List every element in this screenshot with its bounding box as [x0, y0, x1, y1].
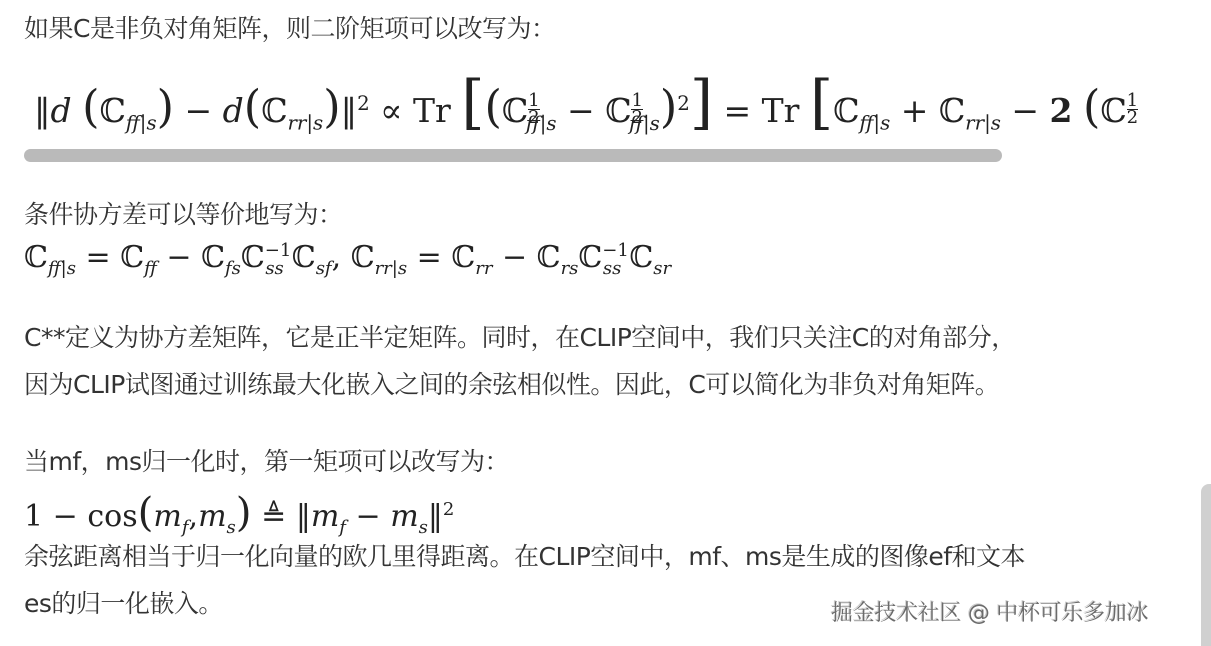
equation-conditional-covariance: ℂff|s = ℂff − ℂfsℂ−1ssℂsf, ℂrr|s = ℂrr −…	[24, 240, 671, 275]
paragraph-covariance-def-line1: C**定义为协方差矩阵，它是正半定矩阵。同时，在CLIP空间中，我们只关注C的对…	[24, 319, 1016, 357]
vertical-scrollbar-thumb[interactable]	[1201, 484, 1211, 646]
paragraph-intro-diagonal: 如果C是非负对角矩阵，则二阶矩项可以改写为：	[24, 10, 555, 48]
equation-cosine-distance: 1 − cos(mf,ms) ≜ ‖mf − ms‖2	[24, 488, 454, 536]
paragraph-cosine-explanation-line1: 余弦距离相当于归一化向量的欧几里得距离。在CLIP空间中，mf、ms是生成的图像…	[24, 538, 1025, 576]
paragraph-covariance-def-line2: 因为CLIP试图通过训练最大化嵌入之间的余弦相似性。因此，C可以简化为非负对角矩…	[24, 366, 999, 404]
watermark: 掘金技术社区 @ 中杯可乐多加冰	[831, 596, 1148, 627]
paragraph-conditional-covariance: 条件协方差可以等价地写为：	[24, 196, 343, 234]
equation-second-moment: ‖d (ℂff|s) − d(ℂrr|s)‖2 ∝ Tr [(ℂ12ff|s −…	[34, 68, 1138, 137]
equation-horizontal-scrollbar[interactable]	[24, 149, 1002, 162]
paragraph-cosine-explanation-line2: es的归一化嵌入。	[24, 585, 223, 623]
paragraph-normalized-moment: 当mf，ms归一化时，第一矩项可以改写为：	[24, 443, 509, 481]
